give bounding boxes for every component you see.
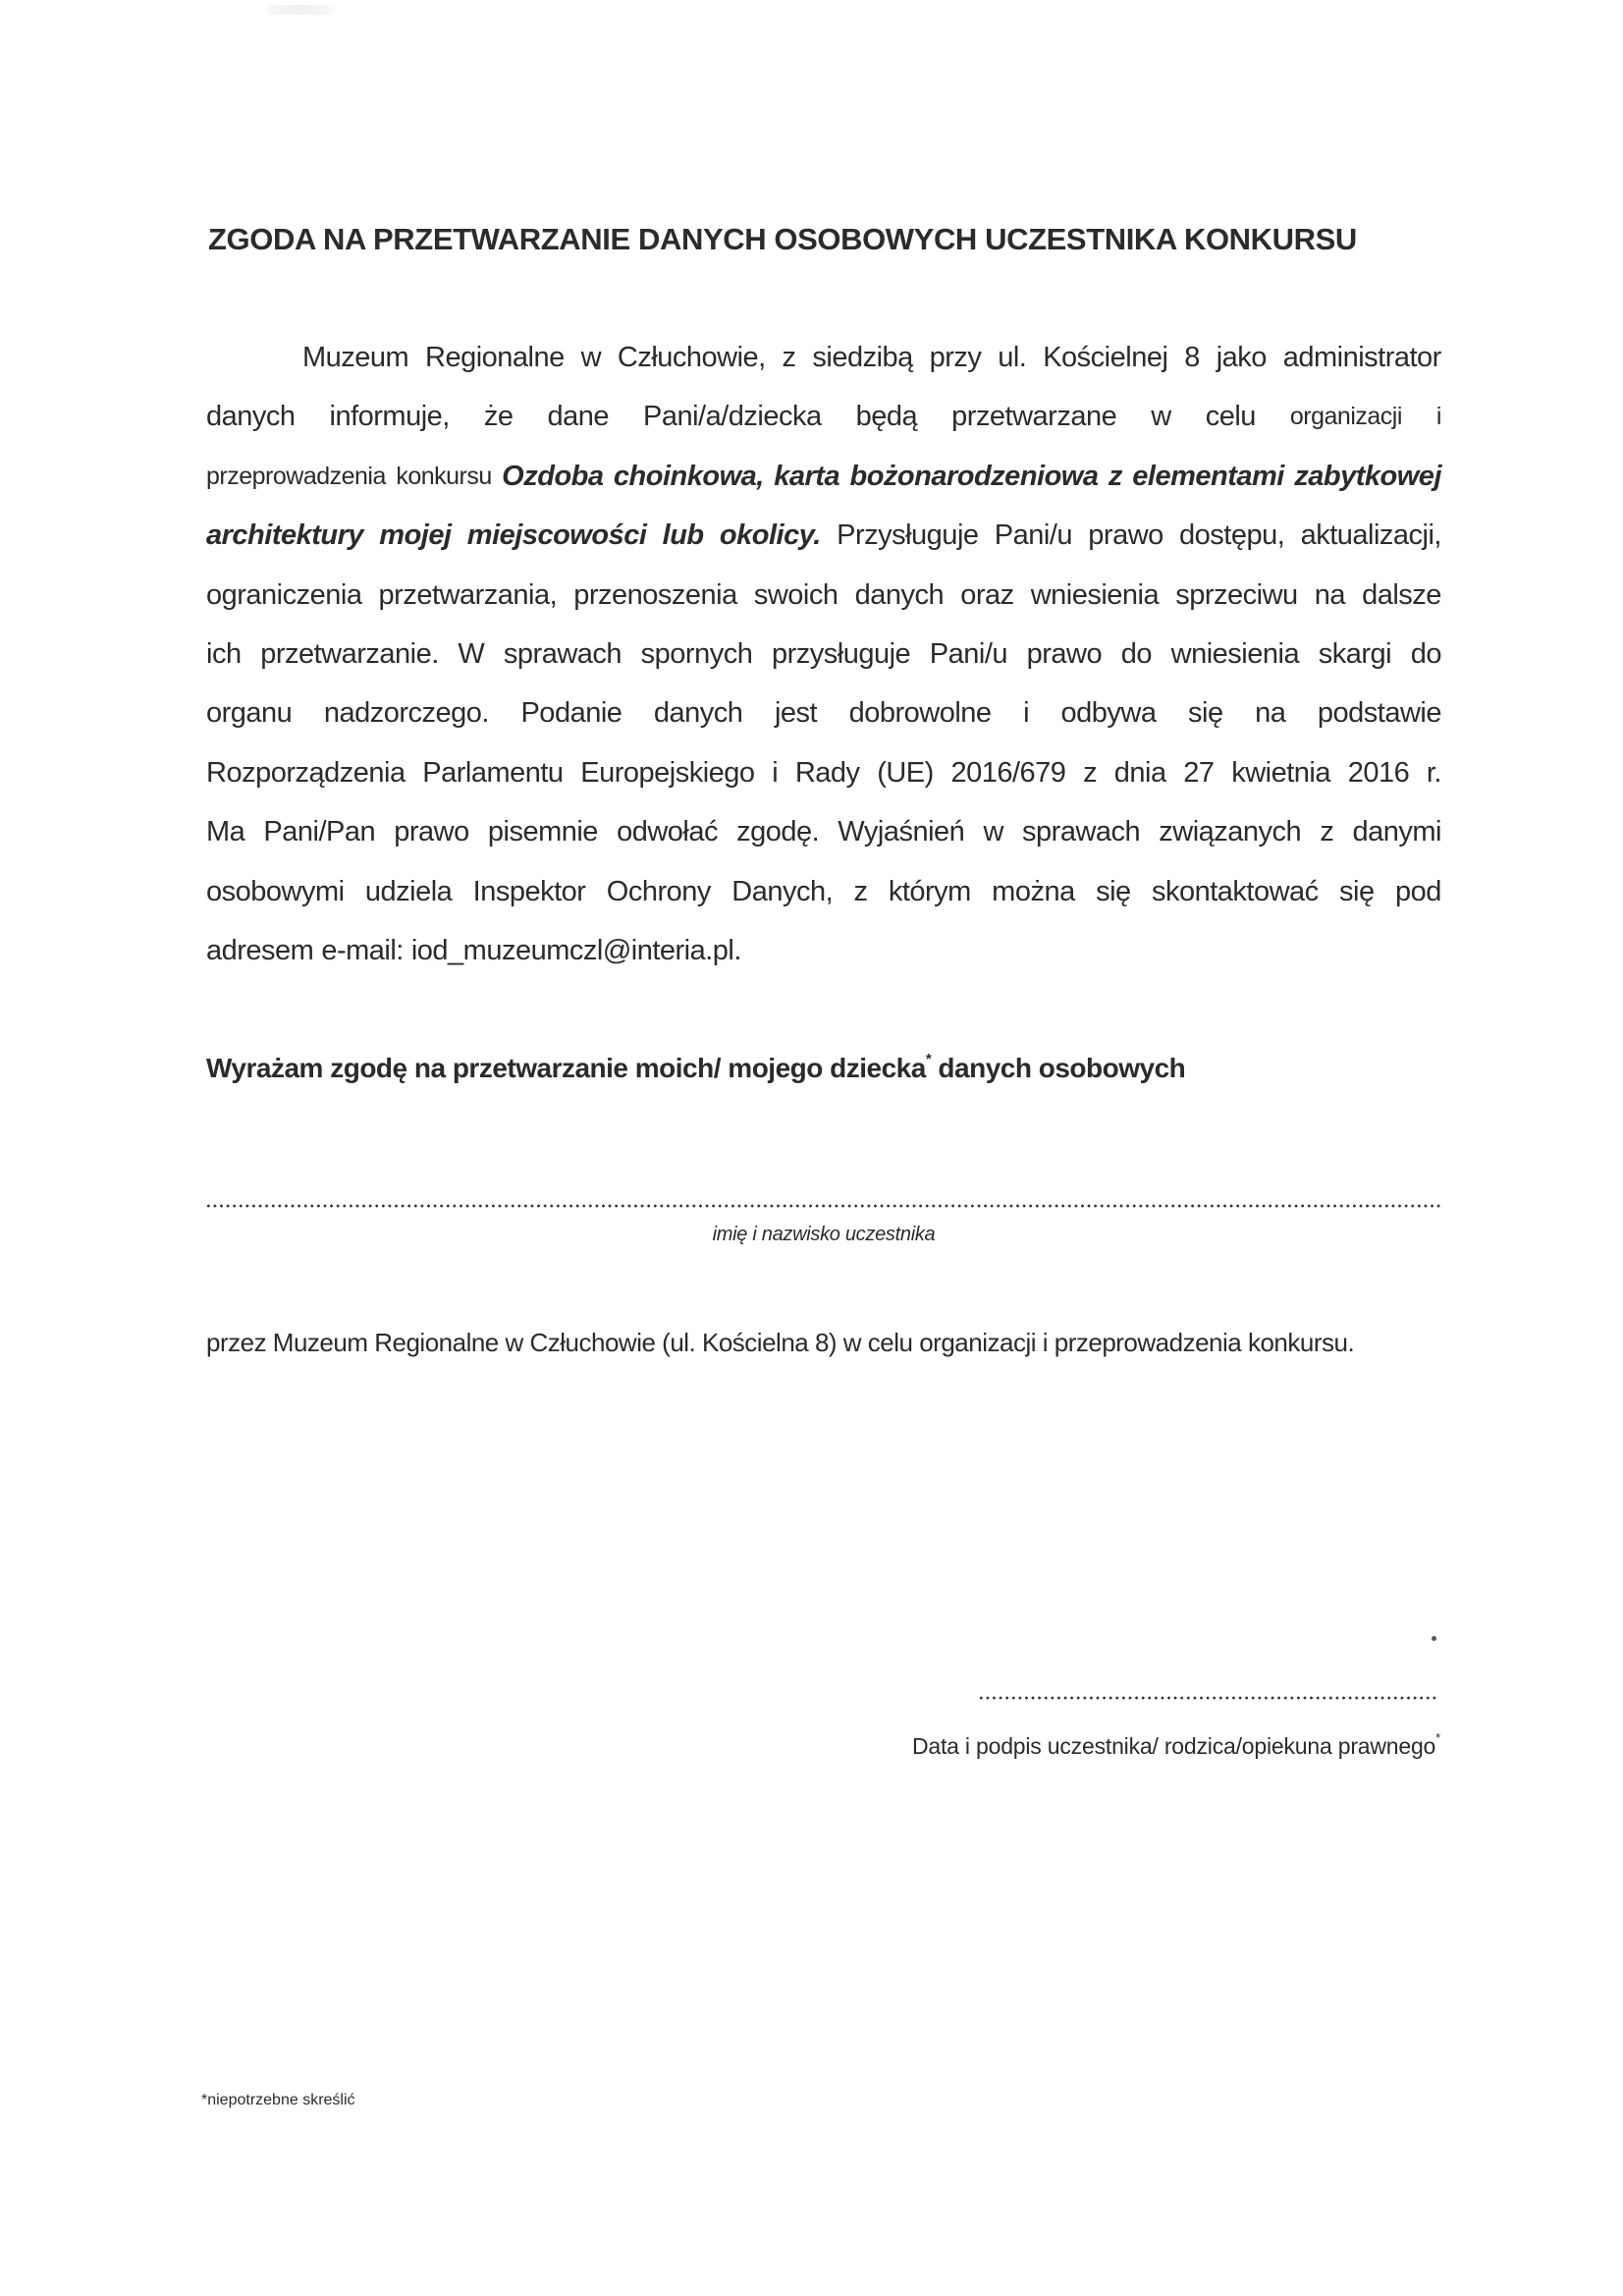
paragraph-word: Rozporządzenia [206,751,406,810]
paragraph-word: sprawach [1022,810,1140,869]
paragraph-word: z [1320,810,1333,869]
paragraph-word: dobrowolne [849,691,992,750]
paragraph-word: konkursu [396,455,491,514]
paragraph-word: Przysługuje [837,514,978,573]
paragraph-word: Europejskiego [580,751,754,810]
paragraph-word: osobowymi [206,870,345,929]
paragraph-line: ichprzetwarzanie.Wsprawachspornychprzysł… [206,632,1441,691]
paragraph-word: wniesienia [1171,632,1299,691]
signature-caption: Data i podpis uczestnika/ rodzica/opieku… [912,1733,1440,1760]
signature-caption-text: Data i podpis uczestnika/ rodzica/opieku… [912,1733,1435,1759]
paragraph-word: jest [775,691,817,750]
paragraph-word: dalsze [1362,574,1441,632]
paragraph-word: nadzorczego. [324,691,489,750]
paragraph-word: r. [1427,751,1441,810]
paragraph-word: (UE) [877,751,934,810]
purpose-text: przez Muzeum Regionalne w Człuchowie (ul… [206,1324,1443,1361]
paragraph-word: organizacji [1290,395,1402,454]
paragraph-word: e-mail: [321,929,404,988]
paragraph-word: Ma [206,810,244,869]
paragraph-word: kwietnia [1231,751,1330,810]
paragraph-word: się [1339,870,1375,929]
paragraph-word: iod_muzeumczl@interia.pl. [411,929,741,988]
paragraph-word: okolicy. [720,514,821,573]
paragraph-word: ich [206,632,242,691]
info-paragraph: MuzeumRegionalnewCzłuchowie,zsiedzibąprz… [206,336,1441,988]
paragraph-word: prawo [1088,514,1163,573]
paragraph-word: oraz [960,574,1013,632]
paragraph-word: w [1151,395,1170,454]
paragraph-word: pisemnie [488,810,598,869]
paragraph-word: sprzeciwu [1175,574,1297,632]
paragraph-word: celu [1206,395,1256,454]
paragraph-word: się [1096,870,1131,929]
paragraph-word: danymi [1352,810,1441,869]
paragraph-word: przy [930,336,982,395]
paragraph-word: Muzeum [302,336,408,395]
paragraph-word: Rady [795,751,860,810]
paragraph-word: miejscowości [467,514,647,573]
paragraph-word: Człuchowie, [618,336,766,395]
paragraph-line: architekturymojejmiejscowościlubokolicy.… [206,514,1441,573]
paragraph-word: odwołać [617,810,718,869]
paragraph-word: elementami [1132,455,1284,514]
participant-name-caption: imię i nazwisko uczestnika [206,1224,1441,1246]
paragraph-word: udziela [365,870,452,929]
paragraph-word: danych [206,395,296,454]
paragraph-word: dnia [1114,751,1166,810]
paragraph-word: że [484,395,514,454]
paragraph-word: do [1121,632,1152,691]
paragraph-word: Regionalne [425,336,565,395]
paragraph-word: Ochrony [607,870,711,929]
paragraph-word: z [783,336,796,395]
signature-field[interactable] [978,1696,1439,1700]
paragraph-word: prawo [1027,632,1103,691]
paragraph-word: w [581,336,601,395]
paragraph-word: na [1255,691,1285,750]
paragraph-word: Pani/a/dziecka [643,395,822,454]
paragraph-word: będą [856,395,918,454]
paragraph-word: wniesienia [1031,574,1159,632]
paragraph-word: W [458,632,484,691]
paragraph-word: Parlamentu [422,751,563,810]
paragraph-word: 27 [1183,751,1214,810]
paragraph-word: sprawach [504,632,622,691]
document-page: ZGODA NA PRZETWARZANIE DANYCH OSOBOWYCH … [0,0,1623,2296]
paragraph-word: choinkowa, [614,455,764,514]
paragraph-word: przysługuje [772,632,910,691]
paragraph-word: spornych [641,632,753,691]
paragraph-word: zabytkowej [1294,455,1441,514]
paragraph-word: Pani/u [995,514,1072,573]
consent-heading: Wyrażam zgodę na przetwarzanie moich/ mo… [206,1053,1185,1084]
paragraph-line: danychinformuje,żedanePani/a/dzieckabędą… [206,395,1441,454]
paragraph-word: adresem [206,929,313,988]
paragraph-line: RozporządzeniaParlamentuEuropejskiegoiRa… [206,751,1441,810]
footnote: *niepotrzebne skreślić [201,2092,355,2109]
paragraph-word: informuje, [330,395,450,454]
paragraph-word: dane [547,395,609,454]
paragraph-word: prawo [394,810,469,869]
paragraph-word: Inspektor [473,870,586,929]
paragraph-line: MaPani/Panprawopisemnieodwołaćzgodę.Wyja… [206,810,1441,869]
paragraph-word: którym [889,870,971,929]
paragraph-word: 2016/679 [950,751,1065,810]
paragraph-word: się [1188,691,1223,750]
paragraph-word: lub [663,514,704,573]
paragraph-word: 2016 [1348,751,1410,810]
scan-dot [1432,1636,1436,1641]
paragraph-word: i [1436,395,1441,454]
paragraph-word: do [1411,632,1441,691]
paragraph-line: adreseme-mail:iod_muzeumczl@interia.pl. [206,929,1441,988]
paragraph-word: przeprowadzenia [206,455,386,514]
paragraph-word: Kościelnej [1043,336,1167,395]
paragraph-word: siedzibą [812,336,912,395]
paragraph-word: skargi [1319,632,1391,691]
paragraph-word: w [983,810,1002,869]
paragraph-word: przenoszenia [573,574,737,632]
paragraph-word: ul. [998,336,1026,395]
paragraph-word: przetwarzanie. [260,632,439,691]
paragraph-word: ograniczenia [206,574,361,632]
paragraph-word: i [1023,691,1029,750]
paragraph-word: Wyjaśnień [838,810,964,869]
paragraph-word: danych [654,691,743,750]
paragraph-word: mojej [379,514,451,573]
paragraph-word: aktualizacji, [1301,514,1441,573]
paragraph-word: z [853,870,867,929]
paragraph-word: swoich [754,574,839,632]
paragraph-word: i [772,751,778,810]
paragraph-word: na [1315,574,1345,632]
paragraph-word: 8 [1184,336,1200,395]
paragraph-word: odbywa [1061,691,1157,750]
paragraph-word: podstawie [1318,691,1441,750]
consent-heading-suffix: danych osobowych [931,1053,1185,1083]
paragraph-word: z [1083,751,1097,810]
consent-heading-text: Wyrażam zgodę na przetwarzanie moich/ mo… [206,1053,926,1083]
paragraph-word: skontaktować [1152,870,1319,929]
paragraph-word: jako [1217,336,1267,395]
paragraph-word: organu [206,691,292,750]
paragraph-word: pod [1395,870,1441,929]
paragraph-word: administrator [1283,336,1441,395]
paragraph-line: osobowymiudzielaInspektorOchronyDanych,z… [206,870,1441,929]
paragraph-word: z [1109,455,1122,514]
paragraph-word: związanych [1159,810,1301,869]
paragraph-word: można [992,870,1075,929]
paragraph-word: architektury [206,514,363,573]
paragraph-line: przeprowadzeniakonkursuOzdobachoinkowa,k… [206,455,1441,514]
paragraph-line: MuzeumRegionalnewCzłuchowie,zsiedzibąprz… [206,336,1441,395]
paragraph-word: danych [855,574,945,632]
paragraph-line: organunadzorczego.Podaniedanychjestdobro… [206,691,1441,750]
paragraph-word: przetwarzane [951,395,1116,454]
paragraph-word: dostępu, [1179,514,1284,573]
paragraph-line: ograniczeniaprzetwarzania,przenoszeniasw… [206,574,1441,632]
participant-name-field[interactable] [205,1204,1440,1208]
paragraph-word: Podanie [520,691,622,750]
paragraph-word: bożonarodzeniowa [849,455,1098,514]
paragraph-word: Ozdoba [502,455,603,514]
paragraph-word: Pani/Pan [263,810,375,869]
asterisk-mark: * [1435,1730,1440,1745]
paragraph-word: zgodę. [736,810,819,869]
paragraph-word: Danych, [731,870,833,929]
paragraph-word: Pani/u [930,632,1007,691]
document-title: ZGODA NA PRZETWARZANIE DANYCH OSOBOWYCH … [208,222,1440,257]
paragraph-word: karta [774,455,839,514]
scan-artifact [267,5,336,15]
paragraph-word: przetwarzania, [379,574,558,632]
